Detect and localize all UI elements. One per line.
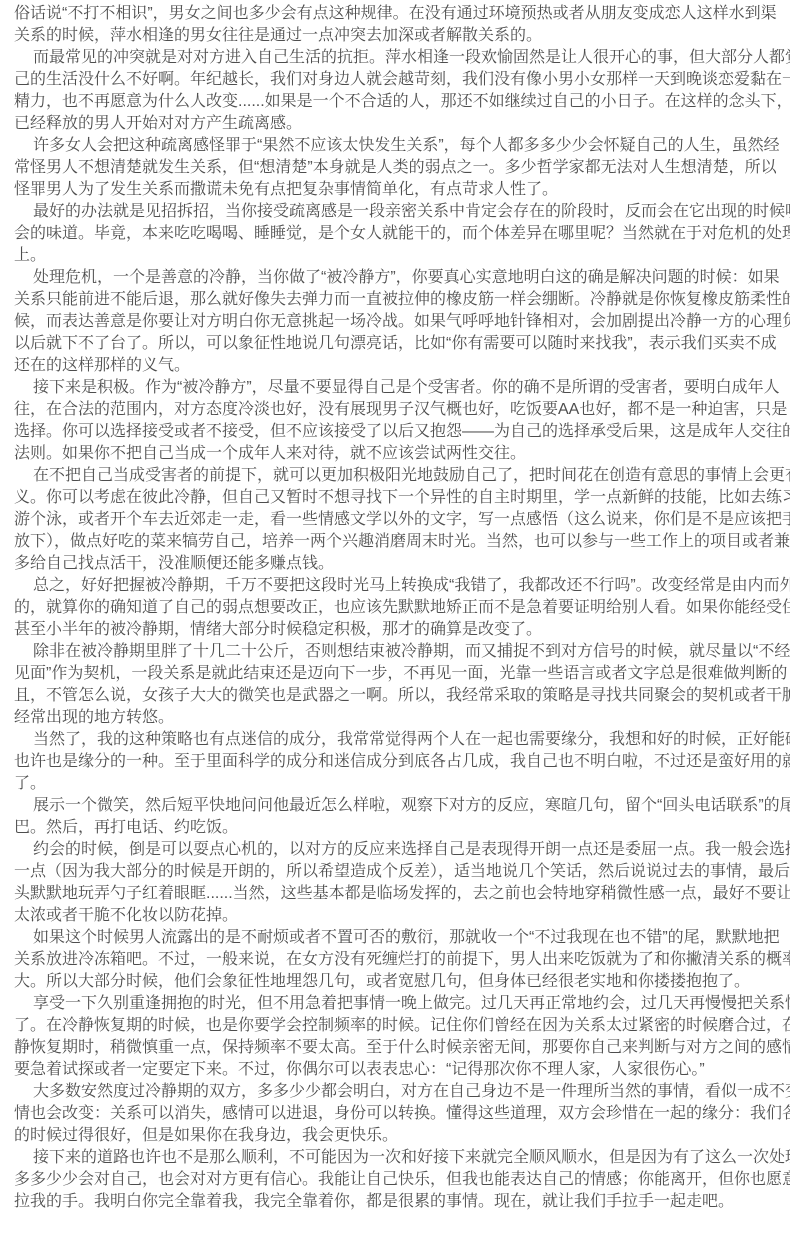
text-line: 多多少少会对自己，也会对对方更有信心。我能让自己快乐，但我也能表达自己的情感；你…: [14, 1169, 790, 1191]
text-line: 在不把自己当成受害者的前提下，就可以更加积极阳光地鼓励自己了，把时间花在创造有意…: [14, 465, 790, 487]
text-line: 俗话说“不打不相识”，男女之间也多少会有点这种规律。在没有通过环境预热或者从朋友…: [14, 3, 790, 25]
text-line: 处理危机，一个是善意的冷静，当你做了“被冷静方”，你要真心实意地明白这的确是解决…: [14, 267, 790, 289]
text-line: 见面”作为契机，一段关系是就此结束还是迈向下一步，不再见一面，光靠一些语言或者文…: [14, 663, 790, 685]
text-line: 关系放进冷冻箱吧。不过，一般来说，在女方没有死缠烂打的前提下，男人出来吃饭就为了…: [14, 949, 790, 971]
text-line: 往，在合法的范围内，对方态度冷淡也好，没有展现男子汉气概也好，吃饭要AA也好，都…: [14, 399, 790, 421]
text-line: 头默默地玩弄勺子红着眼眶......当然，这些基本都是临场发挥的，去之前也会特地…: [14, 883, 790, 905]
text-line: 展示一个微笑，然后短平快地问问他最近怎么样啦，观察下对方的反应，寒暄几句，留个“…: [14, 795, 790, 817]
text-line: 许多女人会把这种疏离感怪罪于“果然不应该太快发生关系”，每个人都多多少少会怀疑自…: [14, 135, 790, 157]
text-line: 甚至小半年的被冷静期，情绪大部分时候稳定积极，那才的确算是改变了。: [14, 619, 790, 641]
text-line: 除非在被冷静期里胖了十几二十公斤，否则想结束被冷静期，而又捕捉不到对方信号的时候…: [14, 641, 790, 663]
text-line: 放下），做点好吃的菜来犒劳自己，培养一两个兴趣消磨周末时光。当然，也可以参与一些…: [14, 531, 790, 553]
text-line: 上。: [14, 245, 790, 267]
text-line: 常怪男人不想清楚就发生关系，但“想清楚”本身就是人类的弱点之一。多少哲学家都无法…: [14, 157, 790, 179]
text-line: 且，不管怎么说，女孩子大大的微笑也是武器之一啊。所以，我经常采取的策略是寻找共同…: [14, 685, 790, 707]
text-line: 候，而表达善意是你要让对方明白你无意挑起一场冷战。如果气呼呼地针锋相对，会加剧提…: [14, 311, 790, 333]
text-line: 拉我的手。我明白你完全靠着我，我完全靠着你，都是很累的事情。现在，就让我们手拉手…: [14, 1191, 790, 1213]
text-line: 选择。你可以选择接受或者不接受，但不应该接受了以后又抱怨——为自己的选择承受后果…: [14, 421, 790, 443]
article-text: 俗话说“不打不相识”，男女之间也多少会有点这种规律。在没有通过环境预热或者从朋友…: [14, 3, 790, 1213]
text-line: 静恢复期时，稍微慎重一点，保持频率不要太高。至于什么时候亲密无间，那要你自己来判…: [14, 1037, 790, 1059]
text-line: 会的味道。毕竟，本来吃吃喝喝、睡睡觉，是个女人就能干的，而个体差异在哪里呢？当然…: [14, 223, 790, 245]
text-line: 关系的时候，萍水相逢的男女往往是通过一点冲突去加深或者解散关系的。: [14, 25, 790, 47]
text-line: 情也会改变：关系可以消失，感情可以进退，身份可以转换。懂得这些道理，双方会珍惜在…: [14, 1103, 790, 1125]
text-line: 享受一下久别重逢拥抱的时光，但不用急着把事情一晚上做完。过几天再正常地约会，过几…: [14, 993, 790, 1015]
text-line: 怪罪男人为了发生关系而撒谎未免有点把复杂事情简单化，有点苛求人性了。: [14, 179, 790, 201]
text-line: 而最常见的冲突就是对对方进入自己生活的抗拒。萍水相逢一段欢愉固然是让人很开心的事…: [14, 47, 790, 69]
text-line: 总之，好好把握被冷静期，千万不要把这段时光马上转换成“我错了，我都改还不行吗”。…: [14, 575, 790, 597]
text-line: 大。所以大部分时候，他们会象征性地埋怨几句，或者宽慰几句，但身体已经很老实地和你…: [14, 971, 790, 993]
text-line: 义。你可以考虑在彼此冷静，但自己又暂时不想寻找下一个异性的自主时期里，学一点新鲜…: [14, 487, 790, 509]
text-line: 一点（因为我大部分的时候是开朗的，所以希望造成个反差），适当地说几个笑话，然后说…: [14, 861, 790, 883]
text-line: 的，就算你的确知道了自己的弱点想要改正，也应该先默默地矫正而不是急着要证明给别人…: [14, 597, 790, 619]
text-line: 还在的这样那样的义气。: [14, 355, 790, 377]
text-line: 法则。如果你不把自己当成一个成年人来对待，就不应该尝试两性交往。: [14, 443, 790, 465]
text-line: 接下来的道路也许也不是那么顺利，不可能因为一次和好接下来就完全顺风顺水，但是因为…: [14, 1147, 790, 1169]
text-line: 的时候过得很好，但是如果你在我身边，我会更快乐。: [14, 1125, 790, 1147]
text-line: 大多数安然度过冷静期的双方，多多少少都会明白，对方在自己身边不是一件理所当然的事…: [14, 1081, 790, 1103]
text-line: 以后就下不了台了。所以，可以象征性地说几句漂亮话，比如“你有需要可以随时来找我”…: [14, 333, 790, 355]
text-line: 经常出现的地方转悠。: [14, 707, 790, 729]
text-line: 如果这个时候男人流露出的是不耐烦或者不置可否的敷衍，那就收一个“不过我现在也不错…: [14, 927, 790, 949]
text-line: 最好的办法就是见招拆招，当你接受疏离感是一段亲密关系中肯定会存在的阶段时，反而会…: [14, 201, 790, 223]
text-line: 接下来是积极。作为“被冷静方”，尽量不要显得自己是个受害者。你的确不是所谓的受害…: [14, 377, 790, 399]
text-line: 也许也是缘分的一种。至于里面科学的成分和迷信成分到底各占几成，我自己也不明白啦，…: [14, 751, 790, 773]
article-page: 俗话说“不打不相识”，男女之间也多少会有点这种规律。在没有通过环境预热或者从朋友…: [0, 0, 790, 1247]
text-line: 游个泳，或者开个车去近郊走一走，看一些情感文学以外的文字，写一点感悟（这么说来，…: [14, 509, 790, 531]
text-line: 了。在冷静恢复期的时候，也是你要学会控制频率的时候。记住你们曾经在因为关系太过紧…: [14, 1015, 790, 1037]
text-line: 要急着试探或者一定要定下来。不过，你偶尔可以表表忠心：“记得那次你不理人家，人家…: [14, 1059, 790, 1081]
text-line: 巴。然后，再打电话、约吃饭。: [14, 817, 790, 839]
text-line: 太浓或者干脆不化妆以防花掉。: [14, 905, 790, 927]
text-line: 约会的时候，倒是可以耍点心机的，以对方的反应来选择自己是表现得开朗一点还是委屈一…: [14, 839, 790, 861]
text-line: 精力，也不再愿意为什么人改变......如果是一个不合适的人，那还不如继续过自己…: [14, 91, 790, 113]
text-line: 了。: [14, 773, 790, 795]
text-line: 当然了，我的这种策略也有点迷信的成分，我常常觉得两个人在一起也需要缘分，我想和好…: [14, 729, 790, 751]
text-line: 关系只能前进不能后退，那么就好像失去弹力而一直被拉伸的橡皮筋一样会绷断。冷静就是…: [14, 289, 790, 311]
text-line: 已经释放的男人开始对对方产生疏离感。: [14, 113, 790, 135]
text-line: 多给自己找点活干，没准顺便还能多赚点钱。: [14, 553, 790, 575]
text-line: 己的生活没什么不好啊。年纪越长，我们对身边人就会越苛刻，我们没有像小男小女那样一…: [14, 69, 790, 91]
